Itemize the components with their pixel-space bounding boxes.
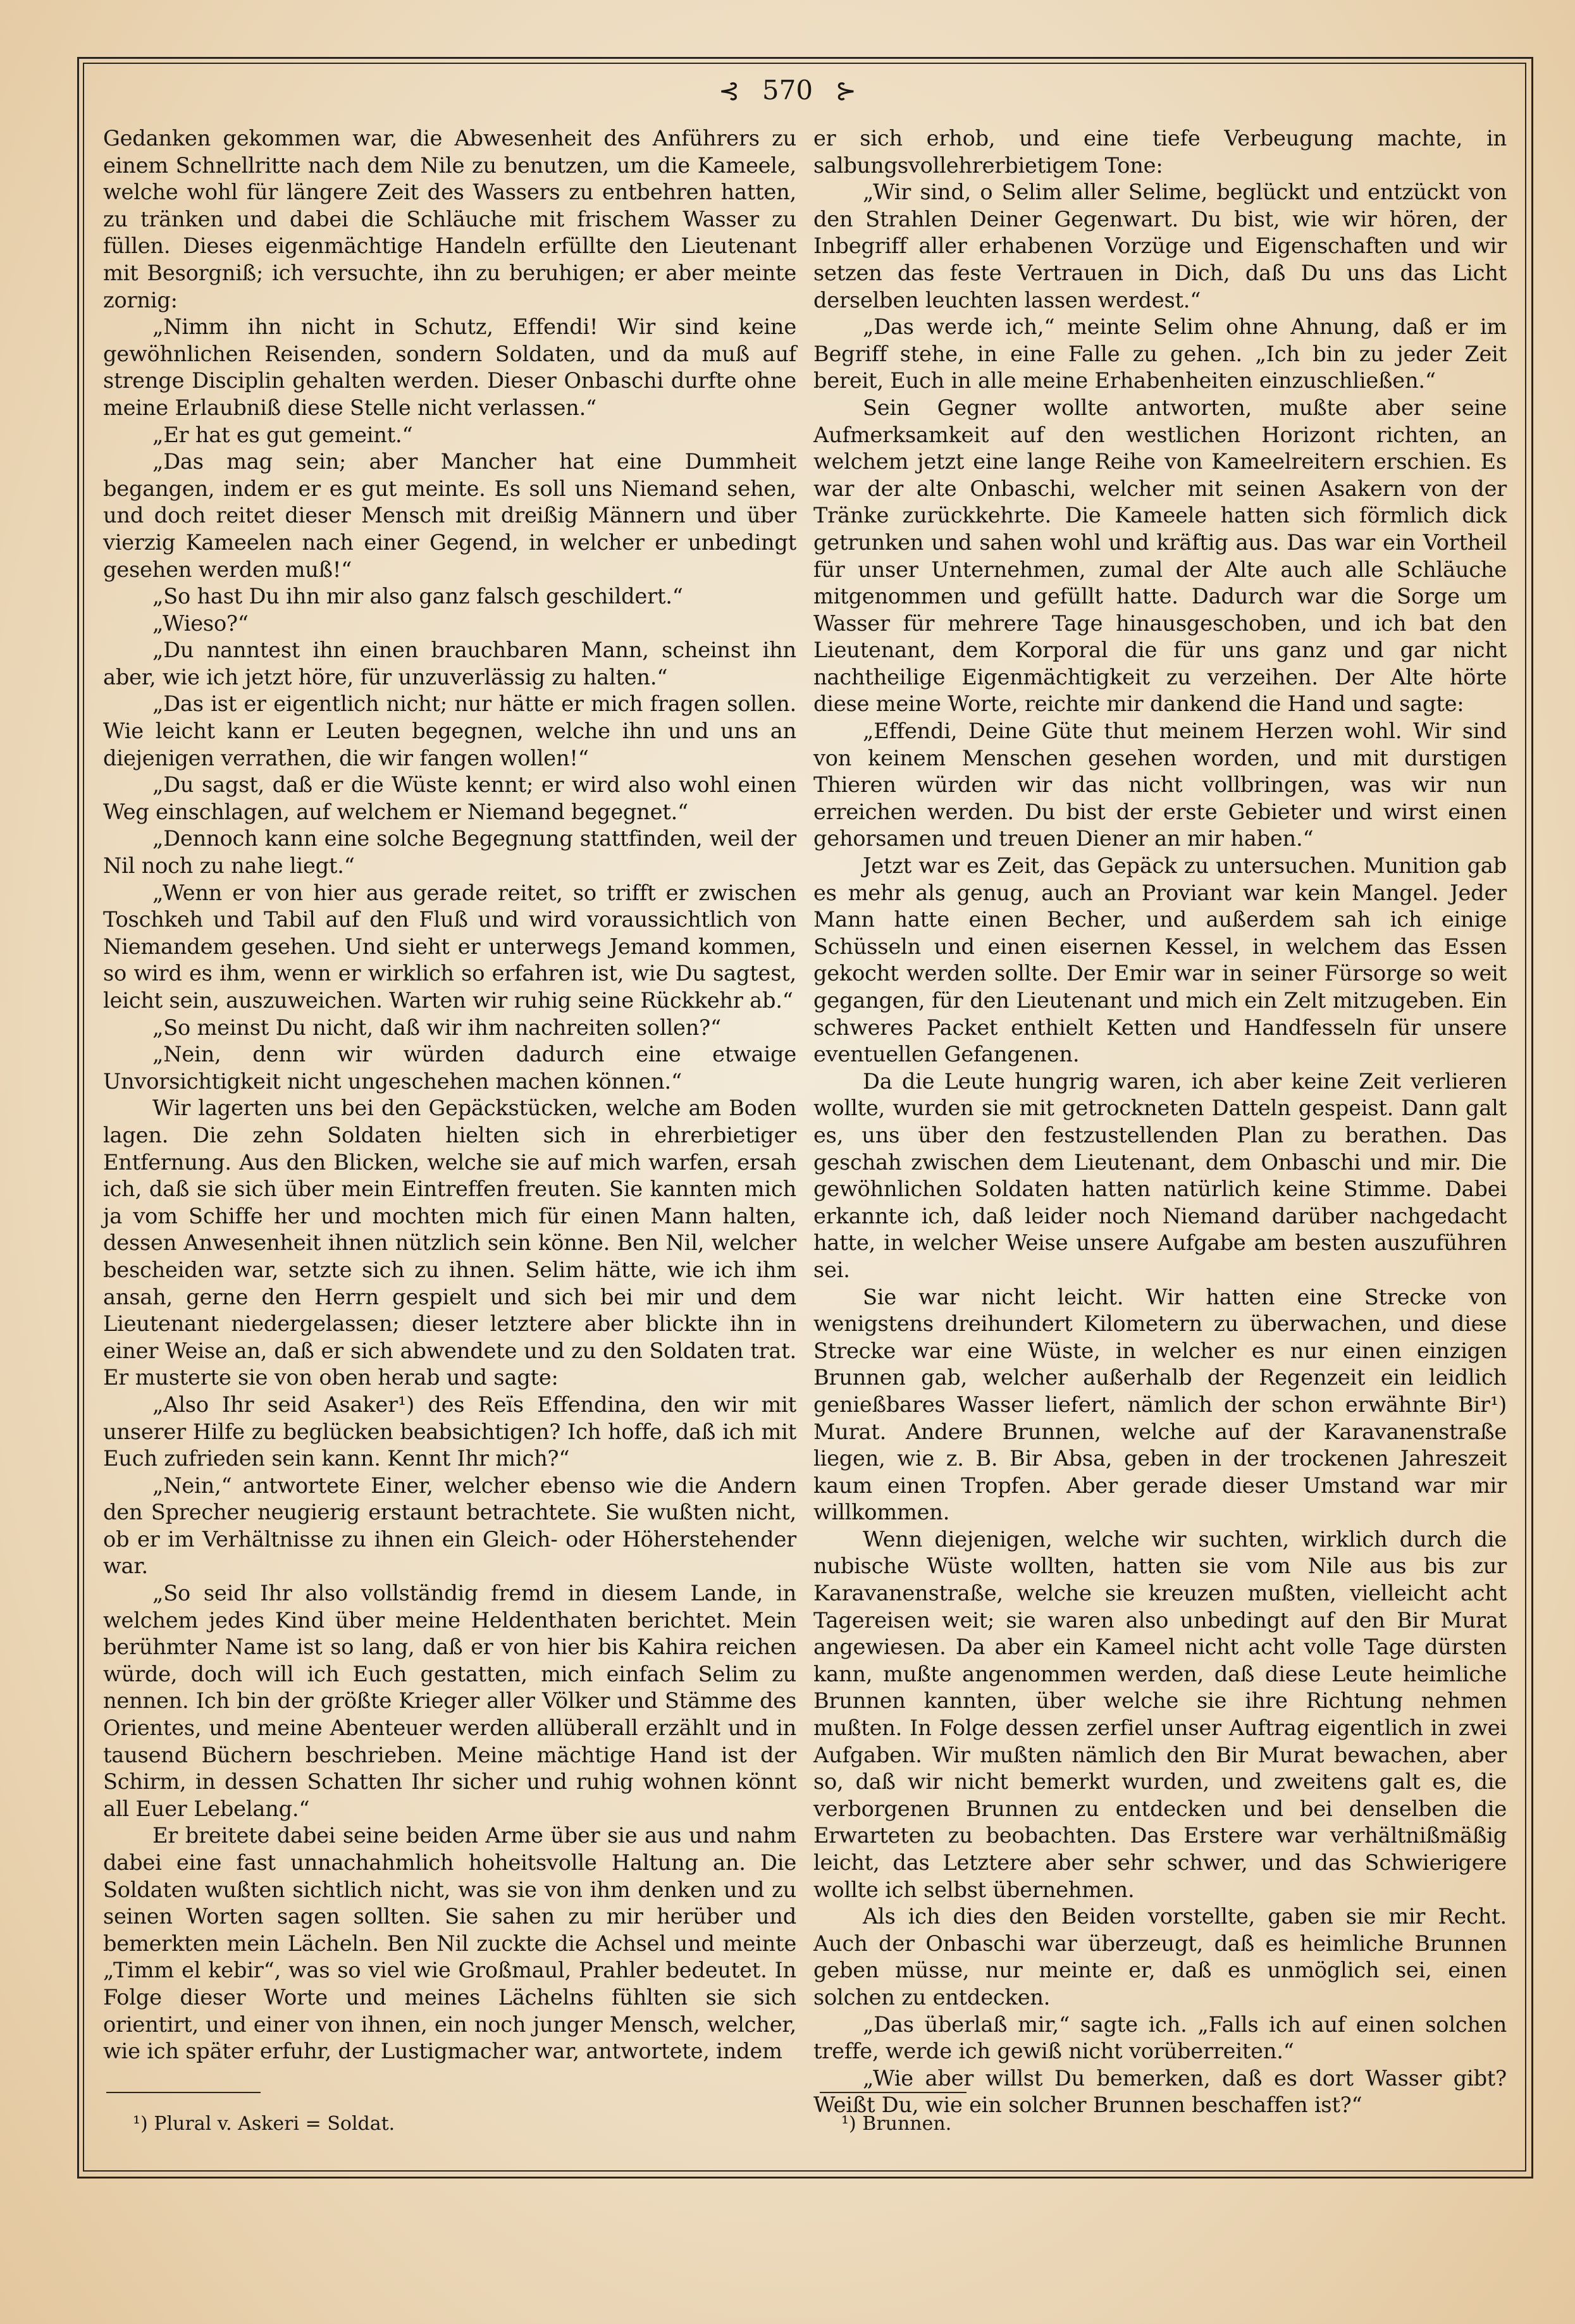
paragraph: „So hast Du ihn mir also ganz falsch ges… bbox=[103, 583, 796, 610]
paragraph: „Du sagst, daß er die Wüste kennt; er wi… bbox=[103, 772, 796, 825]
paragraph: „Nein,“ antwortete Einer, welcher ebenso… bbox=[103, 1473, 796, 1580]
paragraph: „Das überlaß mir,“ sagte ich. „Falls ich… bbox=[813, 2012, 1507, 2065]
paragraph: „Effendi, Deine Güte thut meinem Herzen … bbox=[813, 718, 1507, 853]
page-header: ⊰ 570 ⊱ bbox=[0, 75, 1575, 106]
footnote-right: ¹) Brunnen. bbox=[841, 2113, 951, 2135]
paragraph: „Wieso?“ bbox=[103, 610, 796, 638]
page-number: 570 bbox=[762, 75, 813, 106]
paragraph: Jetzt war es Zeit, das Gepäck zu untersu… bbox=[813, 853, 1507, 1068]
footnote-rule-right bbox=[820, 2092, 967, 2093]
paragraph: Er breitete dabei seine beiden Arme über… bbox=[103, 1822, 796, 2065]
paragraph: „Wenn er von hier aus gerade reitet, so … bbox=[103, 880, 796, 1015]
paragraph: „Wir sind, o Selim aller Selime, beglück… bbox=[813, 179, 1507, 314]
ornament-left-icon: ⊰ bbox=[719, 77, 740, 106]
paragraph: „Dennoch kann eine solche Begegnung stat… bbox=[103, 825, 796, 879]
paragraph: Wenn diejenigen, welche wir suchten, wir… bbox=[813, 1526, 1507, 1903]
paragraph: Sie war nicht leicht. Wir hatten eine St… bbox=[813, 1284, 1507, 1526]
paragraph: „Er hat es gut gemeint.“ bbox=[103, 422, 796, 449]
footnote-left: ¹) Plural v. Askeri = Soldat. bbox=[133, 2113, 395, 2135]
paragraph: „Nimm ihn nicht in Schutz, Effendi! Wir … bbox=[103, 314, 796, 421]
paragraph: „Du nanntest ihn einen brauchbaren Mann,… bbox=[103, 637, 796, 691]
paragraph: „Das ist er eigentlich nicht; nur hätte … bbox=[103, 691, 796, 772]
paragraph: Da die Leute hungrig waren, ich aber kei… bbox=[813, 1068, 1507, 1284]
paragraph: Wir lagerten uns bei den Gepäckstücken, … bbox=[103, 1095, 796, 1392]
ornament-right-icon: ⊱ bbox=[835, 77, 856, 106]
paragraph: „Nein, denn wir würden dadurch eine etwa… bbox=[103, 1041, 796, 1095]
paragraph: „So meinst Du nicht, daß wir ihm nachrei… bbox=[103, 1015, 796, 1042]
paragraph: „Das werde ich,“ meinte Selim ohne Ahnun… bbox=[813, 314, 1507, 395]
paragraph: er sich erhob, und eine tiefe Verbeugung… bbox=[813, 125, 1507, 179]
paragraph: „Also Ihr seid Asaker¹) des Reïs Effendi… bbox=[103, 1392, 796, 1473]
right-column: er sich erhob, und eine tiefe Verbeugung… bbox=[813, 125, 1507, 2119]
paragraph: Sein Gegner wollte antworten, mußte aber… bbox=[813, 395, 1507, 718]
left-column: Gedanken gekommen war, die Abwesenheit d… bbox=[103, 125, 796, 2065]
footnote-rule-left bbox=[106, 2092, 261, 2093]
paragraph: Als ich dies den Beiden vorstellte, gabe… bbox=[813, 1903, 1507, 2011]
paragraph: „So seid Ihr also vollständig fremd in d… bbox=[103, 1580, 796, 1822]
paragraph: „Das mag sein; aber Mancher hat eine Dum… bbox=[103, 448, 796, 583]
paragraph: Gedanken gekommen war, die Abwesenheit d… bbox=[103, 125, 796, 314]
